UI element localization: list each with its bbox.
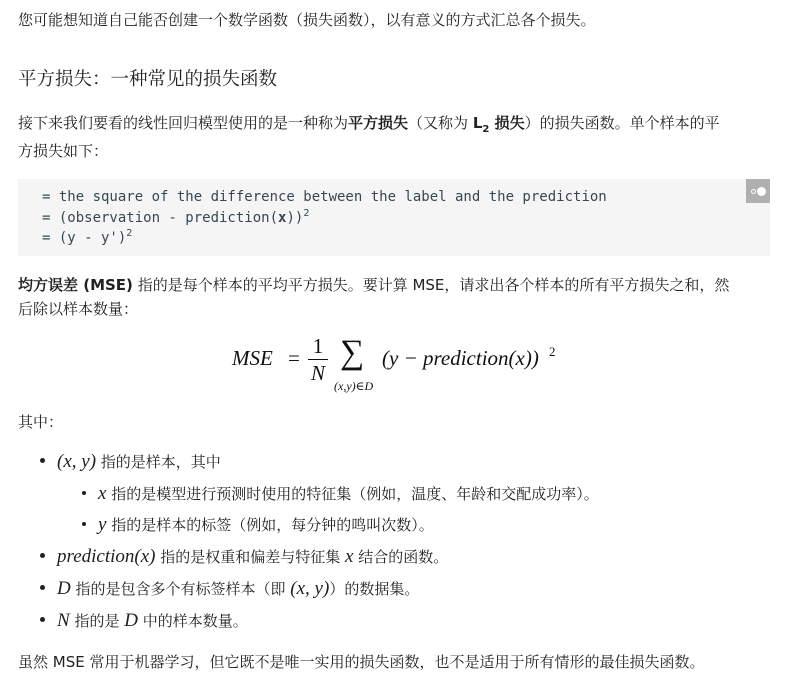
mse-paragraph-line2: 后除以样本数量： (18, 297, 770, 321)
mse-paragraph: 均方误差 (MSE) 指的是每个样本的平均平方损失。要计算 MSE，请求出各个样… (18, 273, 770, 297)
bullet (82, 522, 86, 526)
code-content: = the square of the difference between t… (18, 179, 770, 249)
list-item-text: 指的是权重和偏差与特征集 (155, 548, 345, 566)
math-prediction: prediction(x) (57, 546, 155, 567)
term-mse: 均方误差 (MSE) (18, 276, 133, 294)
article-page: 您可能想知道自己能否创建一个数学函数（损失函数），以有意义的方式汇总各个损失。 … (0, 0, 790, 694)
formula-body: (y − prediction(x)) (382, 346, 539, 370)
section-heading: 平方损失：一种常见的损失函数 (18, 67, 277, 93)
l2-letter: L (473, 114, 483, 132)
code-line-2: = (observation - prediction(x))2 (42, 210, 309, 226)
list-item: D 指的是包含多个有标签样本（即 (x, y)）的数据集。 (40, 577, 419, 601)
code-line-1: = the square of the difference between t… (42, 189, 607, 205)
where-label: 其中： (18, 410, 770, 434)
list-item: (x, y) 指的是样本，其中 (40, 450, 221, 474)
list-item-text: 指的是样本，其中 (96, 453, 221, 471)
math-n: N (57, 610, 70, 631)
paragraph-text: 指的是每个样本的平均平方损失。要计算 MSE，请求出各个样本的所有平方损失之和，… (133, 276, 729, 294)
formula-exponent: 2 (549, 340, 556, 364)
list-item-text: 指的是样本的标签（例如，每分钟的鸣叫次数）。 (106, 516, 433, 534)
list-item-text: 指的是模型进行预测时使用的特征集（例如，温度、年龄和交配成功率）。 (106, 485, 598, 503)
code-block: = the square of the difference between t… (18, 179, 770, 256)
sum-subscript: (x,y)∈D (334, 374, 373, 398)
list-item-text: 指的是包含多个有标签样本（即 (71, 580, 291, 598)
list-item-text: 中的样本数量。 (138, 612, 248, 630)
toggle-off-icon (751, 189, 756, 194)
bullet (40, 458, 45, 463)
list-item: N 指的是 D 中的样本数量。 (40, 609, 248, 633)
math-sample: (x, y) (290, 578, 329, 599)
fraction-numerator: 1 (308, 334, 328, 358)
squared-loss-paragraph-line2: 方损失如下： (18, 139, 770, 163)
fraction-bar (308, 359, 328, 360)
intro-paragraph: 您可能想知道自己能否创建一个数学函数（损失函数），以有意义的方式汇总各个损失。 (18, 8, 770, 32)
list-item-nested: y 指的是样本的标签（例如，每分钟的鸣叫次数）。 (82, 513, 434, 537)
list-item: prediction(x) 指的是权重和偏差与特征集 x 结合的函数。 (40, 545, 448, 569)
sum-symbol: ∑ (340, 336, 364, 370)
squared-loss-paragraph: 接下来我们要看的线性回归模型使用的是一种称为平方损失（又称为 L2 损失）的损失… (18, 111, 770, 142)
toggle-on-icon (757, 187, 766, 196)
formula-equals: = (288, 346, 300, 370)
paragraph-text: 接下来我们要看的线性回归模型使用的是一种称为 (18, 114, 348, 132)
math-d: D (124, 610, 138, 631)
list-item-text: ）的数据集。 (329, 580, 419, 598)
term-squared-loss: 平方损失 (348, 114, 408, 132)
l2-tail: 损失 (489, 114, 524, 132)
formula-fraction: 1 N (308, 334, 328, 385)
code-line-3: = (y - y')2 (42, 230, 132, 246)
term-l2-loss: L2 损失 (473, 114, 525, 132)
fraction-denominator: N (308, 361, 328, 385)
paragraph-text: （又称为 (408, 114, 473, 132)
math-sample: (x, y) (57, 451, 96, 472)
dark-mode-toggle-button[interactable] (746, 179, 770, 203)
list-item-text: 结合的函数。 (353, 548, 448, 566)
bullet (82, 491, 86, 495)
bullet (40, 585, 45, 590)
bullet (40, 617, 45, 622)
formula-lhs: MSE (232, 346, 273, 370)
list-item-nested: x 指的是模型进行预测时使用的特征集（例如，温度、年龄和交配成功率）。 (82, 482, 599, 506)
bullet (40, 553, 45, 558)
conclusion-paragraph: 虽然 MSE 常用于机器学习，但它既不是唯一实用的损失函数，也不是适用于所有情形… (18, 650, 770, 674)
list-item-text: 指的是 (70, 612, 125, 630)
paragraph-text: ）的损失函数。单个样本的平 (525, 114, 720, 132)
math-d: D (57, 578, 71, 599)
